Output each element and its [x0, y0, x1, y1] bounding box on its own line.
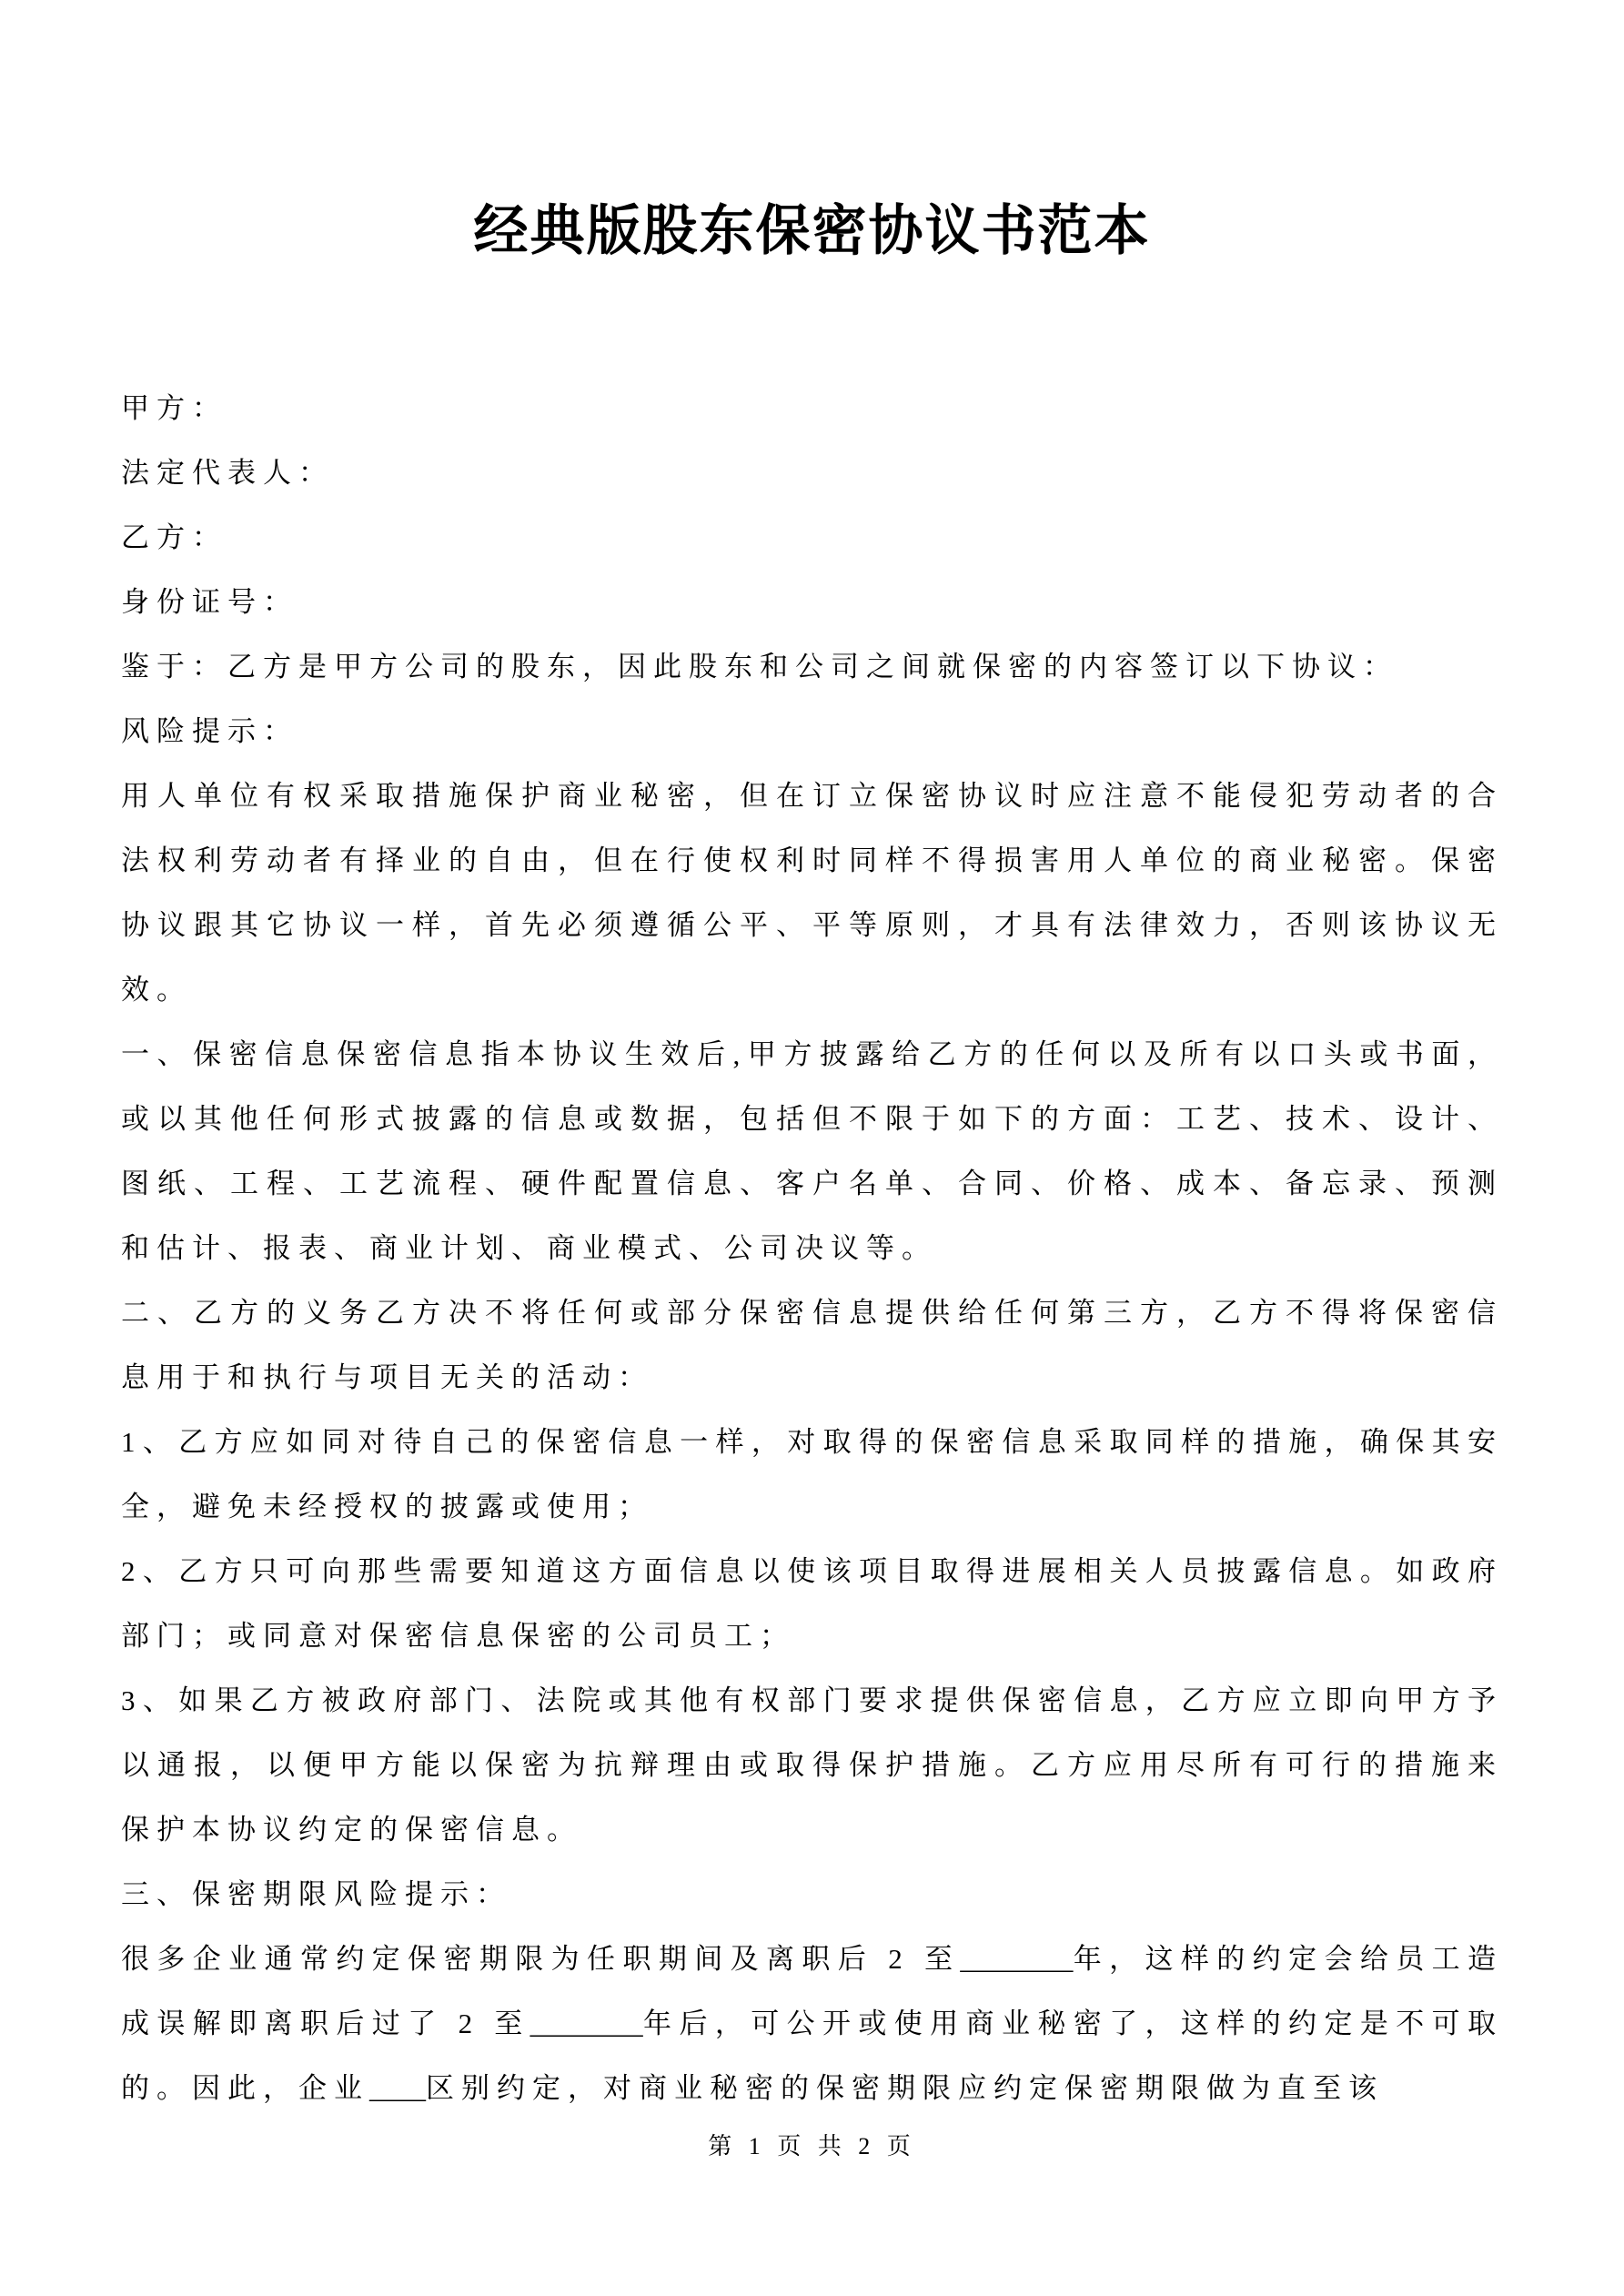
page-footer: 第 1 页 共 2 页	[0, 2128, 1624, 2161]
field-id-number: 身份证号：	[121, 570, 1503, 634]
document-body: 甲方： 法定代表人： 乙方： 身份证号： 鉴于：乙方是甲方公司的股东，因此股东和…	[121, 376, 1503, 2120]
risk-notice-label: 风险提示：	[121, 699, 1503, 764]
field-party-b: 乙方：	[121, 505, 1503, 570]
document-title: 经典版股东保密协议书范本	[0, 0, 1624, 258]
blank-line: ________	[530, 2008, 643, 2039]
risk-notice-text: 用人单位有权采取措施保护商业秘密，但在订立保密协议时应注意不能侵犯劳动者的合法权…	[121, 764, 1503, 1022]
obligation-item-3: 3、如果乙方被政府部门、法院或其他有权部门要求提供保密信息，乙方应立即向甲方予以…	[121, 1668, 1503, 1862]
section-1-confidential-info: 一、保密信息保密信息指本协议生效后,甲方披露给乙方的任何以及所有以口头或书面，或…	[121, 1022, 1503, 1280]
field-legal-representative: 法定代表人：	[121, 440, 1503, 505]
document-page: 经典版股东保密协议书范本 甲方： 法定代表人： 乙方： 身份证号： 鉴于：乙方是…	[0, 0, 1624, 2296]
recital-clause: 鉴于：乙方是甲方公司的股东，因此股东和公司之间就保密的内容签订以下协议：	[121, 634, 1503, 699]
section-3-term-heading: 三、保密期限风险提示：	[121, 1862, 1503, 1927]
obligation-item-2: 2、乙方只可向那些需要知道这方面信息以使该项目取得进展相关人员披露信息。如政府部…	[121, 1539, 1503, 1668]
text-segment: 区别约定，对商业秘密的保密期限应约定保密期限做为直至该	[426, 2072, 1384, 2104]
obligation-item-1: 1、乙方应如同对待自己的保密信息一样，对取得的保密信息采取同样的措施，确保其安全…	[121, 1410, 1503, 1539]
field-party-a: 甲方：	[121, 376, 1503, 440]
blank-line: ____	[369, 2072, 426, 2104]
section-3-term-text: 很多企业通常约定保密期限为任职期间及离职后 2 至________年，这样的约定…	[121, 1927, 1503, 2120]
section-2-obligations: 二、乙方的义务乙方决不将任何或部分保密信息提供给任何第三方，乙方不得将保密信息用…	[121, 1280, 1503, 1410]
text-segment: 很多企业通常约定保密期限为任职期间及离职后 2 至	[121, 1943, 960, 1975]
blank-line: ________	[960, 1943, 1073, 1975]
